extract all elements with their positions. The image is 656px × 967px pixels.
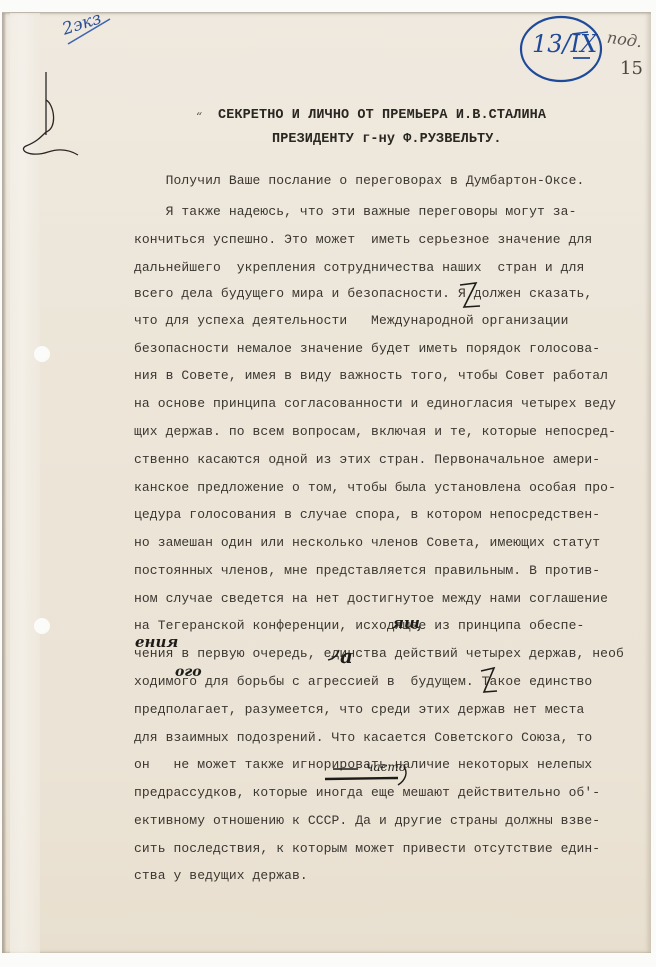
paragraph-mark-icon	[0, 0, 656, 967]
correction-ending-2: ения	[135, 633, 178, 651]
correction-ending-4: ого	[175, 664, 202, 680]
correction-ending-1: ящ	[392, 614, 421, 632]
correction-ending-3: а	[340, 644, 353, 668]
correction-inserted-word: часто	[366, 760, 406, 774]
